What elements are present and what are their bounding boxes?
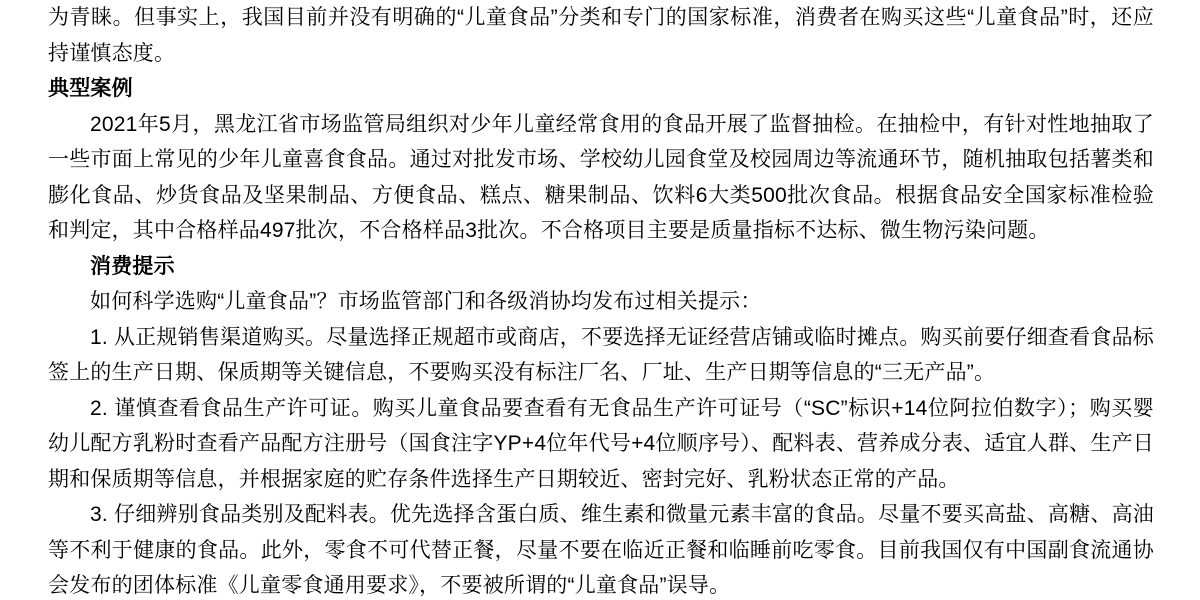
paragraph-typical-case: 2021年5月，黑龙江省市场监管局组织对少年儿童经常食用的食品开展了监督抽检。在… [48,107,1154,249]
paragraph-tip-3: 3. 仔细辨别食品类别及配料表。优先选择含蛋白质、维生素和微量元素丰富的食品。尽… [48,497,1154,600]
paragraph-intro-continuation: 为青睐。但事实上，我国目前并没有明确的“儿童食品”分类和专门的国家标准，消费者在… [48,0,1154,71]
document-page: 为青睐。但事实上，我国目前并没有明确的“儿童食品”分类和专门的国家标准，消费者在… [0,0,1200,600]
heading-consumer-tips: 消费提示 [48,249,1154,285]
paragraph-tip-1: 1. 从正规销售渠道购买。尽量选择正规超市或商店，不要选择无证经营店铺或临时摊点… [48,320,1154,391]
paragraph-tip-2: 2. 谨慎查看食品生产许可证。购买儿童食品要查看有无食品生产许可证号（“SC”标… [48,391,1154,498]
heading-typical-case: 典型案例 [48,71,1154,107]
paragraph-tips-intro: 如何科学选购“儿童食品”？市场监管部门和各级消协均发布过相关提示： [48,284,1154,320]
